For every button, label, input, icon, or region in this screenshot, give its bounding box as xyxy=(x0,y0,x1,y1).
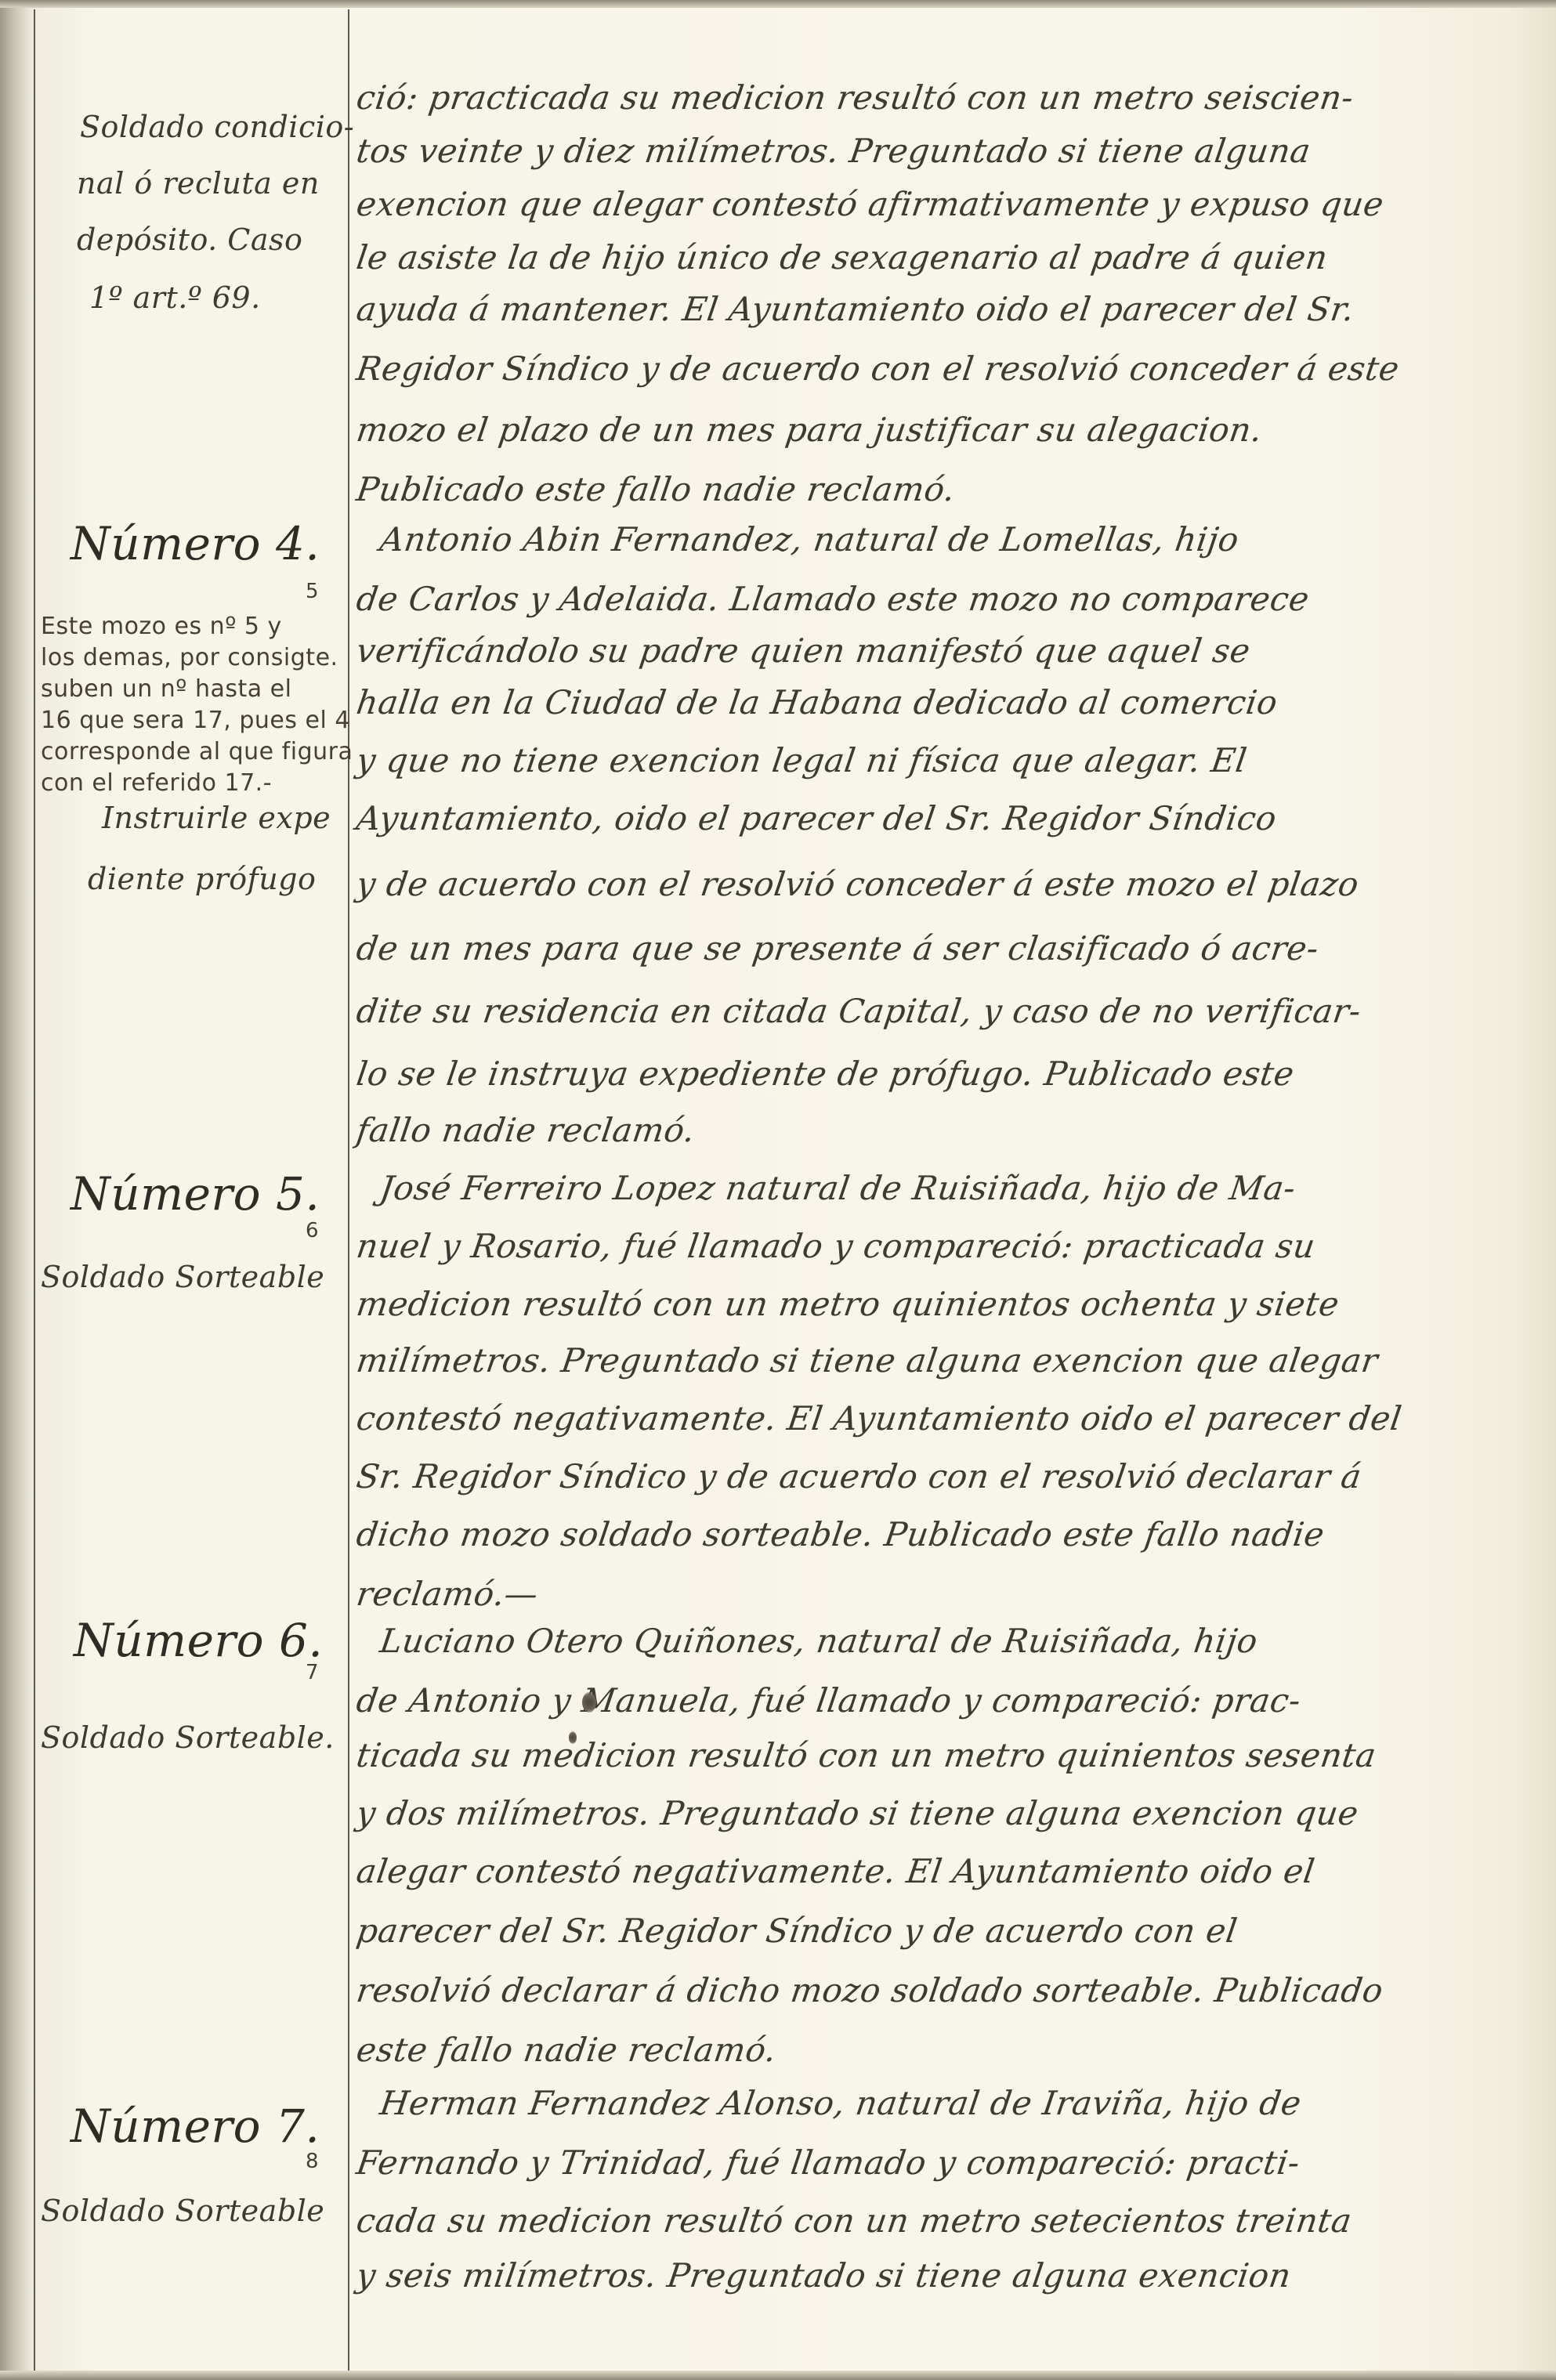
entry-number-correction: 6 xyxy=(306,1219,319,1242)
ink-blot xyxy=(569,1731,577,1744)
body-line: le asiste la de hijo único de sexagenari… xyxy=(354,238,1330,277)
body-column: ció: practicada su medicion resultó con … xyxy=(354,0,1549,2380)
entry-number-heading: Número 5. xyxy=(71,1167,320,1221)
margin-resolution-line: diente prófugo xyxy=(88,862,316,896)
body-line: tos veinte y diez milímetros. Preguntado… xyxy=(354,132,1313,170)
body-line: halla en la Ciudad de la Habana dedicado… xyxy=(354,683,1280,722)
margin-note-line: suben un nº hasta el xyxy=(41,675,291,703)
column-divider-rule xyxy=(348,9,349,2371)
body-line: ticada su medicion resultó con un metro … xyxy=(354,1736,1379,1774)
body-line: medicion resultó con un metro quinientos… xyxy=(354,1285,1341,1323)
entry-number-correction: 5 xyxy=(306,580,319,603)
margin-column: Soldado condicio- nal ó recluta en depós… xyxy=(39,0,345,2380)
body-line: ció: practicada su medicion resultó con … xyxy=(354,78,1356,117)
margin-note-line: con el referido 17.- xyxy=(41,769,272,797)
body-line: Ayuntamiento, oido el parecer del Sr. Re… xyxy=(354,799,1279,837)
ledger-page: Soldado condicio- nal ó recluta en depós… xyxy=(0,0,1556,2380)
body-line: verificándolo su padre quien manifestó q… xyxy=(354,631,1253,670)
body-line: Regidor Síndico y de acuerdo con el reso… xyxy=(354,349,1402,388)
body-line: ayuda á mantener. El Ayuntamiento oido e… xyxy=(354,290,1357,328)
body-line: de Carlos y Adelaida. Llamado este mozo … xyxy=(354,580,1312,618)
margin-status-line: depósito. Caso xyxy=(77,222,302,257)
body-line: y que no tiene exencion legal ni física … xyxy=(354,741,1250,779)
body-line: este fallo nadie reclamó. xyxy=(354,2031,779,2069)
body-line: Sr. Regidor Síndico y de acuerdo con el … xyxy=(354,1457,1364,1496)
body-line: de un mes para que se presente á ser cla… xyxy=(354,929,1321,968)
entry-status: Soldado Sorteable. xyxy=(41,1720,335,1755)
body-line: fallo nadie reclamó. xyxy=(354,1111,697,1149)
ink-blot xyxy=(582,1692,596,1713)
entry-number-correction: 8 xyxy=(306,2150,319,2173)
body-line: exencion que alegar contestó afirmativam… xyxy=(354,185,1386,223)
entry-number-correction: 7 xyxy=(306,1661,319,1684)
margin-note-line: 16 que sera 17, pues el 4 xyxy=(41,707,350,734)
body-line: lo se le instruya expediente de prófugo.… xyxy=(354,1054,1297,1093)
body-line: Publicado este fallo nadie reclamó. xyxy=(354,470,957,508)
body-line: milímetros. Preguntado si tiene alguna e… xyxy=(354,1341,1380,1380)
entry-status: Soldado Sorteable xyxy=(41,1260,324,1294)
body-line: Antonio Abin Fernandez, natural de Lomel… xyxy=(378,520,1241,559)
body-line: parecer del Sr. Regidor Síndico y de acu… xyxy=(354,1912,1239,1950)
margin-status-line: 1º art.º 69. xyxy=(89,280,261,315)
body-line: contestó negativamente. El Ayuntamiento … xyxy=(354,1399,1404,1438)
body-line: Fernando y Trinidad, fué llamado y compa… xyxy=(354,2143,1302,2182)
body-line: dite su residencia en citada Capital, y … xyxy=(354,992,1363,1030)
body-line: dicho mozo soldado sorteable. Publicado … xyxy=(354,1515,1327,1554)
body-line: Herman Fernandez Alonso, natural de Irav… xyxy=(378,2084,1304,2122)
body-line: reclamó.— xyxy=(354,1575,541,1613)
entry-status: Soldado Sorteable xyxy=(41,2194,324,2228)
margin-note-line: Este mozo es nº 5 y xyxy=(41,613,282,640)
margin-note-line: los demas, por consigte. xyxy=(41,644,338,671)
body-line: de Antonio y Manuela, fué llamado y comp… xyxy=(354,1681,1304,1720)
body-line: nuel y Rosario, fué llamado y compareció… xyxy=(354,1227,1318,1265)
body-line: alegar contestó negativamente. El Ayunta… xyxy=(354,1852,1317,1890)
body-line: Luciano Otero Quiñones, natural de Ruisi… xyxy=(378,1622,1260,1660)
body-line: y dos milímetros. Preguntado si tiene al… xyxy=(354,1794,1361,1832)
body-line: resolvió declarar á dicho mozo soldado s… xyxy=(354,1971,1386,2009)
margin-rule-left xyxy=(34,9,35,2371)
body-line: mozo el plazo de un mes para justificar … xyxy=(354,411,1265,449)
margin-status-line: Soldado condicio- xyxy=(80,110,354,144)
body-line: y seis milímetros. Preguntado si tiene a… xyxy=(354,2256,1294,2295)
page-bottom-edge xyxy=(0,2371,1556,2380)
body-line: y de acuerdo con el resolvió conceder á … xyxy=(354,865,1362,903)
margin-note-line: corresponde al que figura xyxy=(41,738,353,765)
entry-number-heading: Número 4. xyxy=(71,517,320,570)
body-line: cada su medicion resultó con un metro se… xyxy=(354,2201,1355,2240)
entry-number-heading: Número 6. xyxy=(74,1614,323,1667)
body-line: José Ferreiro Lopez natural de Ruisiñada… xyxy=(378,1169,1298,1207)
entry-number-heading: Número 7. xyxy=(71,2100,320,2153)
margin-status-line: nal ó recluta en xyxy=(77,166,320,201)
margin-resolution-line: Instruirle expe xyxy=(102,801,331,835)
